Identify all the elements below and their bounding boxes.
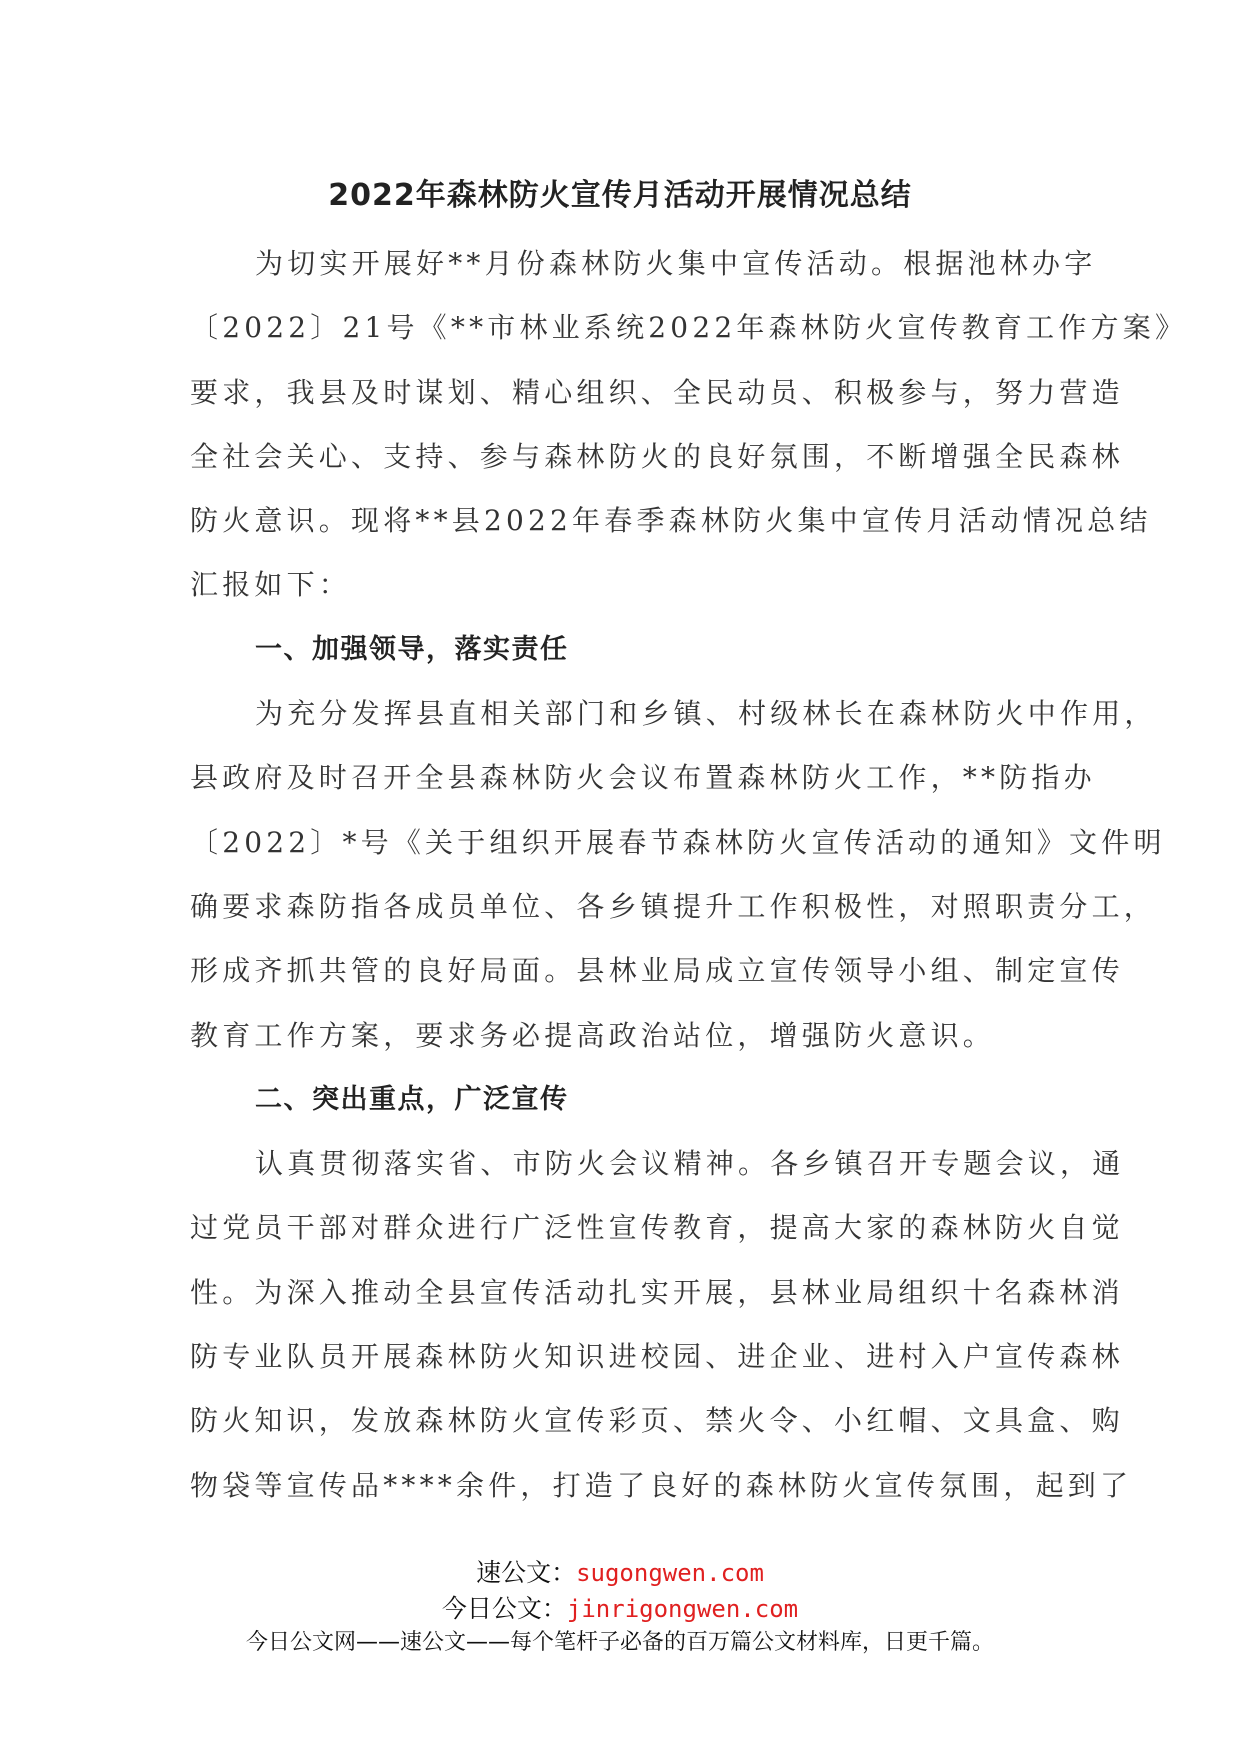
jinrigongwen-link[interactable]: jinrigongwen.com xyxy=(567,1595,798,1623)
paragraph-line: 要求，我县及时谋划、精心组织、全民动员、积极参与，努力营造 xyxy=(190,373,1050,437)
intro-paragraph: 为切实开展好**月份森林防火集中宣传活动。根据池林办字 〔2022〕21号《**… xyxy=(190,244,1050,630)
footer-slogan: 今日公文网——速公文——每个笔杆子必备的百万篇公文材料库，日更千篇。 xyxy=(0,1627,1240,1659)
paragraph-line: 物袋等宣传品****余件，打造了良好的森林防火宣传氛围，起到了 xyxy=(190,1466,1050,1530)
paragraph-line: 确要求森防指各成员单位、各乡镇提升工作积极性，对照职责分工， xyxy=(190,887,1050,951)
paragraph-line: 〔2022〕*号《关于组织开展春节森林防火宣传活动的通知》文件明 xyxy=(190,823,1050,887)
paragraph-line: 防专业队员开展森林防火知识进校园、进企业、进村入户宣传森林 xyxy=(190,1337,1050,1401)
footer-row-sugongwen: 速公文：sugongwen.com xyxy=(0,1555,1240,1591)
sugongwen-link[interactable]: sugongwen.com xyxy=(576,1559,764,1587)
section-2: 二、突出重点，广泛宣传 认真贯彻落实省、市防火会议精神。各乡镇召开专题会议，通 … xyxy=(190,1080,1050,1530)
paragraph-line: 认真贯彻落实省、市防火会议精神。各乡镇召开专题会议，通 xyxy=(190,1144,1050,1208)
paragraph-line: 〔2022〕21号《**市林业系统2022年森林防火宣传教育工作方案》 xyxy=(190,308,1050,372)
footer-row-jinrigongwen: 今日公文：jinrigongwen.com xyxy=(0,1591,1240,1627)
paragraph-line: 为充分发挥县直相关部门和乡镇、村级林长在森林防火中作用， xyxy=(190,694,1050,758)
document-page: 2022年森林防火宣传月活动开展情况总结 为切实开展好**月份森林防火集中宣传活… xyxy=(0,0,1240,1754)
paragraph-line: 防火意识。现将**县2022年春季森林防火集中宣传月活动情况总结 xyxy=(190,501,1050,565)
footer-label: 速公文： xyxy=(476,1558,576,1587)
paragraph-line: 性。为深入推动全县宣传活动扎实开展，县林业局组织十名森林消 xyxy=(190,1273,1050,1337)
footer-label: 今日公文： xyxy=(442,1594,567,1623)
paragraph-line: 过党员干部对群众进行广泛性宣传教育，提高大家的森林防火自觉 xyxy=(190,1208,1050,1272)
paragraph-line: 县政府及时召开全县森林防火会议布置森林防火工作，**防指办 xyxy=(190,758,1050,822)
document-title: 2022年森林防火宣传月活动开展情况总结 xyxy=(0,176,1240,216)
document-body: 为切实开展好**月份森林防火集中宣传活动。根据池林办字 〔2022〕21号《**… xyxy=(190,244,1050,1530)
section-heading: 一、加强领导，落实责任 xyxy=(190,630,1050,694)
paragraph-line: 教育工作方案，要求务必提高政治站位，增强防火意识。 xyxy=(190,1016,1050,1080)
paragraph-line: 汇报如下： xyxy=(190,565,1050,629)
paragraph-line: 全社会关心、支持、参与森林防火的良好氛围，不断增强全民森林 xyxy=(190,437,1050,501)
watermark-footer: 速公文：sugongwen.com 今日公文：jinrigongwen.com … xyxy=(0,1555,1240,1659)
section-heading: 二、突出重点，广泛宣传 xyxy=(190,1080,1050,1144)
paragraph-line: 防火知识，发放森林防火宣传彩页、禁火令、小红帽、文具盒、购 xyxy=(190,1401,1050,1465)
paragraph-line: 形成齐抓共管的良好局面。县林业局成立宣传领导小组、制定宣传 xyxy=(190,951,1050,1015)
section-1: 一、加强领导，落实责任 为充分发挥县直相关部门和乡镇、村级林长在森林防火中作用，… xyxy=(190,630,1050,1080)
paragraph-line: 为切实开展好**月份森林防火集中宣传活动。根据池林办字 xyxy=(190,244,1050,308)
